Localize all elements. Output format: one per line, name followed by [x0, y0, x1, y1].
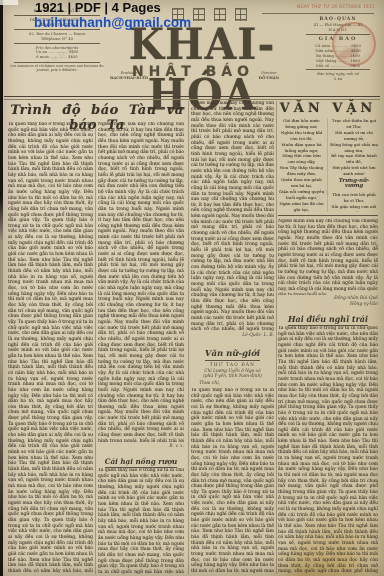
scan-corner-highlight — [0, 0, 18, 5]
poem-section-rule — [278, 215, 378, 216]
column-rule — [276, 101, 277, 574]
director-block: Directeur ĐỖ-THẬN — [238, 71, 300, 80]
email-watermark: buihuuhanh@gmail.com — [34, 15, 191, 30]
article-signature: Đồng-nhân Bùi-Quế — [278, 296, 378, 301]
article-column-1: Ta quen thấy báo ở trong xứ ta in chữ qu… — [8, 122, 93, 574]
masthead-dash-line — [262, 13, 374, 14]
letter-salutation: Thưa chị, — [199, 381, 274, 386]
verse-lines-top: Trục chở thiên ân gọi sứ Thơ,Hỏi nạnh vì… — [330, 118, 378, 177]
article-signature: Hồng-vy-Vân — [278, 302, 378, 307]
section-header-hai-dieu: Hai điều nghĩ trái — [278, 314, 378, 326]
section-header-van-van: VĂN VẶN — [278, 101, 378, 116]
section-divider: ^^^^^^^^^^^^^^^^^^^^^^ — [191, 343, 274, 348]
newspaper-scan-page: BÁN THỨ SÁU — SỐ 23 DIRECTION — RÉDACTIO… — [0, 0, 384, 576]
letter-subhead: THƯ TẠO ĐÀN — [191, 362, 274, 367]
per-issue-price: 5 xu — [298, 77, 378, 82]
founder-block: Fondateur BẠCH-THÁI-BƯỞI — [98, 71, 160, 80]
article-column-4b: Ta quen thấy báo ở trong xứ ta in chữ qu… — [278, 326, 378, 574]
article-column-2: Người mình xưa nay chỉ chuộng văn chương… — [98, 122, 184, 442]
article-signature: B. v. x. — [98, 444, 184, 449]
gia-bao-title: GIÁ BÁO — [298, 37, 378, 42]
verse-column-right: Trục chở thiên ân gọi sứ Thơ,Hỏi nạnh vì… — [330, 118, 378, 212]
article-column-4: Người mình xưa nay chỉ chuộng văn chương… — [278, 219, 378, 295]
section-header-cai-hai: Cái hại nồng rượu — [98, 457, 184, 468]
masthead-rule-thin — [4, 99, 380, 100]
column-rule — [95, 122, 96, 574]
article-signature: Lê-Quốc- L. B. — [191, 333, 274, 338]
poem-title: Trưng-nữ-vương — [330, 179, 378, 191]
dateline: NGÀY THỨ TƯ 26 OCTOBRE 1921 — [292, 4, 380, 9]
masthead-right-box: BÁO-QUÁN 41 — Phố Hàng-Gai — 41 HANOI GI… — [298, 18, 378, 81]
column-rule — [188, 101, 189, 574]
article-column-3: Người mình xưa nay chỉ chuộng văn chương… — [191, 101, 274, 331]
section-header-van-nu-gioi: Văn nữ-giới — [191, 349, 274, 361]
masthead-rule — [4, 96, 380, 97]
scan-dark-edge — [0, 0, 3, 576]
article-column-3b: Ta quen thấy báo ở trong xứ ta in chữ qu… — [191, 388, 274, 574]
office-city: HANOI — [298, 28, 378, 33]
letter-addressee: Chị Lương-Uyển ở Ngọ-xá — [191, 369, 274, 374]
letter-addressee-2: (phủ Ý-yên, tỉnh Nam-định) — [191, 374, 274, 379]
price-list: Cả năm ............... 9$00Nửa năm .....… — [298, 43, 378, 68]
divider-line — [306, 69, 370, 70]
director-name: ĐỖ-THẬN — [238, 75, 300, 80]
pdf-overlay-caption: 1921 | PDF | 4 Pages — [35, 0, 161, 15]
verse-column-rule — [327, 118, 328, 212]
section-divider: ^^^^^^^^^^^^^^^^^^^^^^ — [278, 308, 378, 313]
founder-name: BẠCH-THÁI-BƯỞI — [98, 75, 160, 80]
section-divider: ^^^^^^^^^^^^^^^^^^^^^^ — [98, 451, 184, 456]
verse-lines: Thù con trời hỏi phải ba vì Thơ,Xủi giặc… — [330, 192, 378, 212]
article-column-2b: Ta quen thấy báo ở trong xứ ta in chữ qu… — [98, 468, 184, 574]
